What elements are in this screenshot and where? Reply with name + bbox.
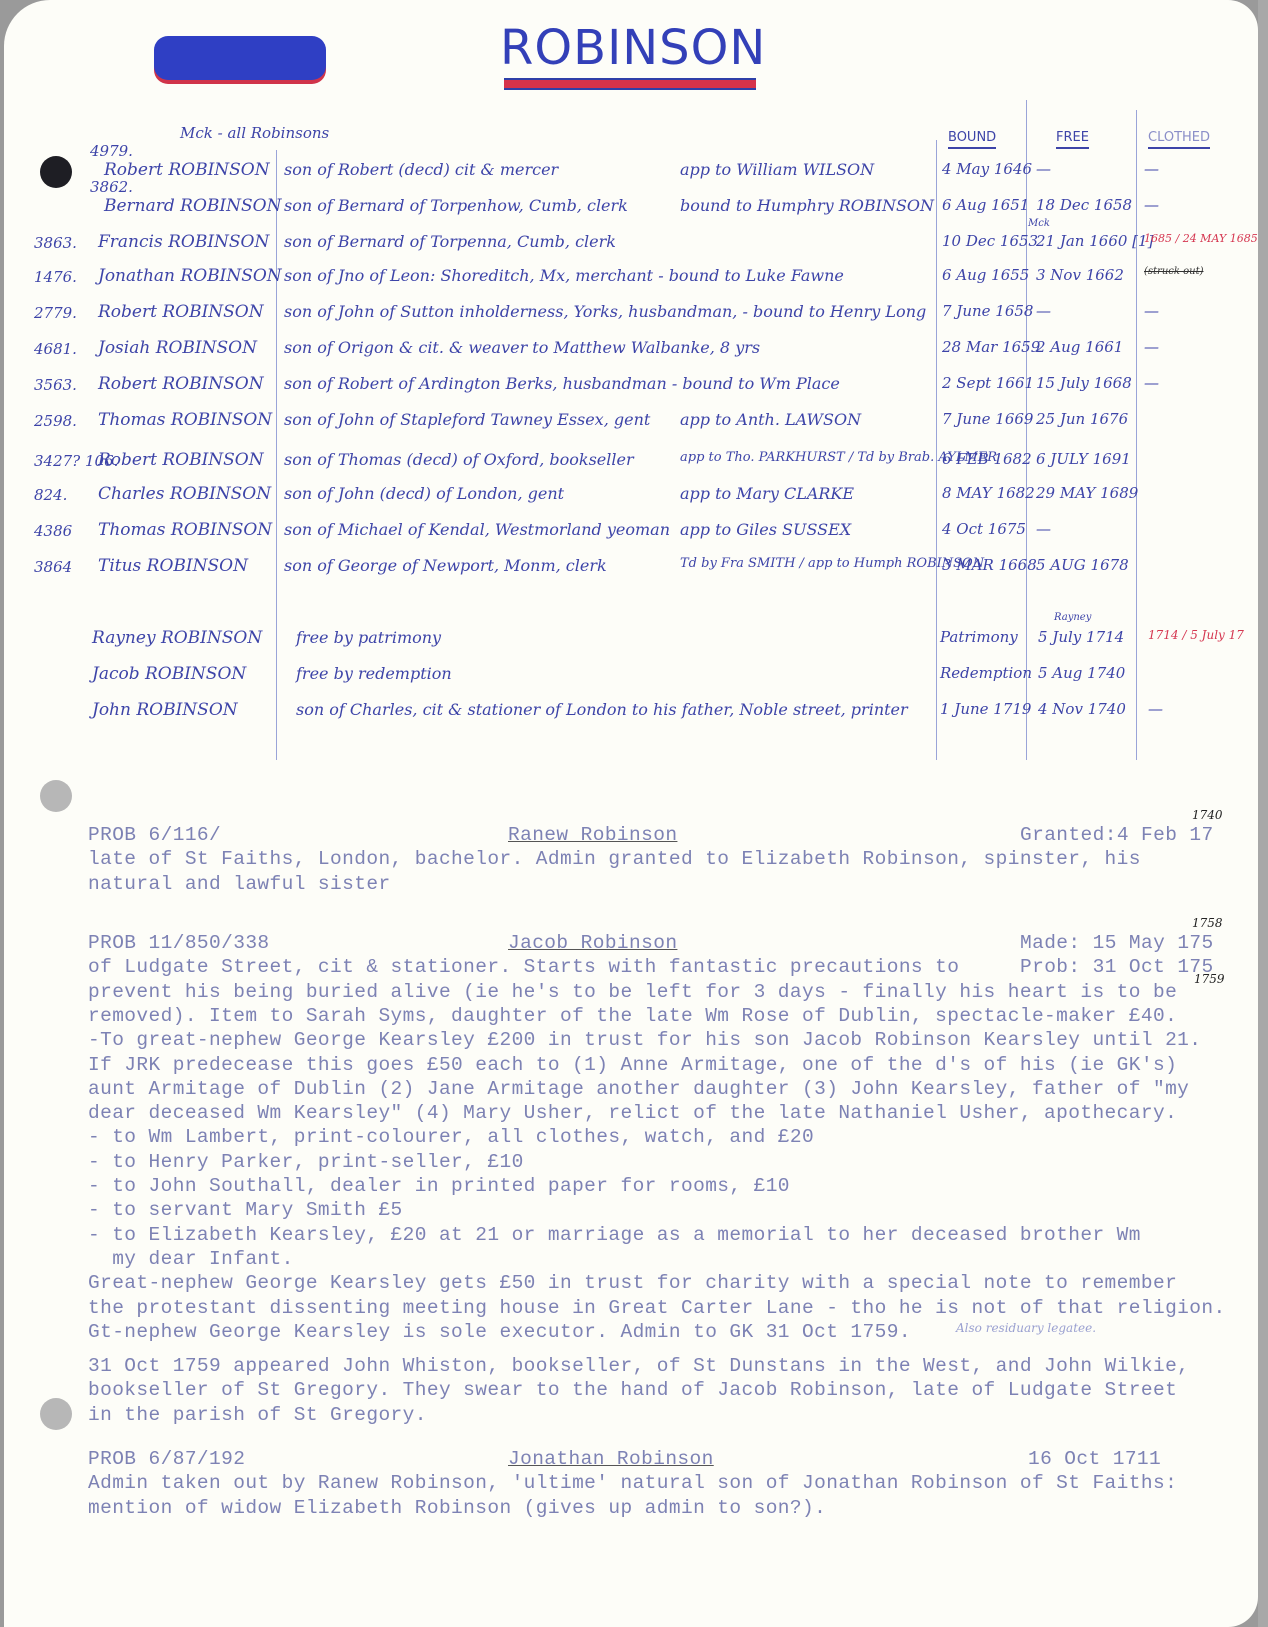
entry-description: free by redemption — [296, 664, 452, 683]
entry-bound-date: 2 Sept 1661 — [942, 374, 1034, 392]
entry-bound-date: 10 Dec 1653 — [942, 232, 1038, 250]
entry-clothed-date: — — [1144, 196, 1159, 214]
entry-name: Thomas ROBINSON — [98, 520, 272, 540]
entry-bound-date: 4 Oct 1675 — [942, 520, 1026, 538]
probate-text-line: Great-nephew George Kearsley gets £50 in… — [88, 1272, 1177, 1294]
probate-date: Made: 15 May 175 — [1020, 932, 1214, 954]
column-header-bound: BOUND — [948, 130, 996, 149]
entry-free-date: 4 Nov 1740 — [1038, 700, 1126, 718]
punch-hole — [40, 1398, 72, 1430]
probate-text-line: - to Wm Lambert, print-colourer, all clo… — [88, 1126, 814, 1148]
annotation-top: Mck - all Robinsons — [180, 124, 329, 142]
entry-name: Robert ROBINSON — [98, 450, 264, 470]
register-row: 3563.Robert ROBINSONson of Robert of Ard… — [4, 374, 1258, 410]
entry-name: Josiah ROBINSON — [98, 338, 257, 358]
probate-text-line: - to John Southall, dealer in printed pa… — [88, 1175, 790, 1197]
entry-free-note: Mck — [1028, 218, 1050, 229]
probate-text-line: bookseller of St Gregory. They swear to … — [88, 1379, 1177, 1401]
entry-description: son of John (decd) of London, gent — [284, 484, 564, 503]
register-row: 4979.Robert ROBINSONson of Robert (decd)… — [4, 160, 1258, 196]
entry-free-date: 5 July 1714 — [1038, 628, 1124, 646]
entry-free-date: 5 AUG 1678 — [1036, 556, 1129, 574]
entry-master: app to Mary CLARKE — [680, 484, 854, 503]
probate-date-2: Prob: 31 Oct 175 — [1020, 956, 1214, 978]
register-row: 3862.Bernard ROBINSONson of Bernard of T… — [4, 196, 1258, 232]
register-row: Jacob ROBINSONfree by redemptionRedempti… — [4, 664, 1258, 700]
probate-date-annotation: 1758 — [1192, 916, 1223, 930]
probate-text-line: aunt Armitage of Dublin (2) Jane Armitag… — [88, 1078, 1189, 1100]
entry-free-date: 18 Dec 1658 — [1036, 196, 1132, 214]
entry-clothed-date: — — [1144, 160, 1159, 178]
entry-number: 4979. — [90, 142, 133, 160]
register-row: 4681.Josiah ROBINSONson of Origon & cit.… — [4, 338, 1258, 374]
entry-name: Titus ROBINSON — [98, 556, 248, 576]
entry-free-date: — — [1036, 302, 1051, 320]
register-row: 2598.Thomas ROBINSONson of John of Stapl… — [4, 410, 1258, 446]
entry-number: 2598. — [34, 412, 77, 430]
probate-reference: PROB 6/116/ — [88, 824, 221, 846]
entry-bound-date: 6 Aug 1651 — [942, 196, 1029, 214]
entry-description: free by patrimony — [296, 628, 441, 647]
entry-clothed-date: 1685 / 24 MAY 1685 — [1144, 232, 1258, 245]
entry-free-date: 2 Aug 1661 — [1036, 338, 1123, 356]
register-row: 824.Charles ROBINSONson of John (decd) o… — [4, 484, 1258, 520]
entry-name: Thomas ROBINSON — [98, 410, 272, 430]
entry-description: son of George of Newport, Monm, clerk — [284, 556, 607, 575]
entry-name: John ROBINSON — [92, 700, 238, 720]
entry-description: son of John of Sutton inholderness, York… — [284, 302, 926, 321]
entry-number: 3864 — [34, 558, 72, 576]
column-header-clothed: CLOTHED — [1148, 130, 1210, 149]
entry-name: Francis ROBINSON — [98, 232, 269, 252]
entry-bound-date: 6 FEB 1682 — [942, 450, 1032, 468]
probate-text-line: prevent his being buried alive (ie he's … — [88, 981, 1177, 1003]
probate-text-line: mention of widow Elizabeth Robinson (giv… — [88, 1497, 826, 1519]
entry-free-date: 21 Jan 1660 [1] — [1036, 232, 1153, 250]
register-row: 1476.Jonathan ROBINSONson of Jno of Leon… — [4, 266, 1258, 302]
entry-clothed-date: (struck out) — [1144, 266, 1204, 277]
entry-free-date: 3 Nov 1662 — [1036, 266, 1124, 284]
probate-text-line: removed). Item to Sarah Syms, daughter o… — [88, 1005, 1177, 1027]
probate-text-line: dear deceased Wm Kearsley" (4) Mary Ushe… — [88, 1102, 1177, 1124]
probate-text-line: late of St Faiths, London, bachelor. Adm… — [88, 848, 1141, 870]
entry-description: son of Bernard of Torpenhow, Cumb, clerk — [284, 196, 628, 215]
entry-free-date: 25 Jun 1676 — [1036, 410, 1128, 428]
entry-description: son of Robert of Ardington Berks, husban… — [284, 374, 840, 393]
probate-text-line: my dear Infant. — [88, 1248, 294, 1270]
entry-name: Robert ROBINSON — [98, 302, 264, 322]
entry-name: Jacob ROBINSON — [92, 664, 246, 684]
register-row: 3427? 106.Robert ROBINSONson of Thomas (… — [4, 450, 1258, 486]
entry-master: Td by Fra SMITH / app to Humph ROBINSON — [680, 556, 984, 571]
entry-number: 4386 — [34, 522, 72, 540]
register-row: 4386Thomas ROBINSONson of Michael of Ken… — [4, 520, 1258, 556]
entry-free-date: — — [1036, 160, 1051, 178]
redacted-label — [154, 36, 326, 80]
entry-bound-date: 4 May 1646 — [942, 160, 1032, 178]
entry-number: 3863. — [34, 234, 77, 252]
entry-description: son of Michael of Kendal, Westmorland ye… — [284, 520, 670, 539]
probate-text-line: - to servant Mary Smith £5 — [88, 1199, 403, 1221]
entry-name: Rayney ROBINSON — [92, 628, 262, 648]
entry-master: app to William WILSON — [680, 160, 874, 179]
probate-text-line: of Ludgate Street, cit & stationer. Star… — [88, 956, 959, 978]
entry-clothed-date: — — [1148, 700, 1163, 718]
entry-description: son of Charles, cit & stationer of Londo… — [296, 700, 908, 719]
entry-number: 824. — [34, 486, 67, 504]
entry-number: 1476. — [34, 268, 77, 286]
entry-free-note: Rayney — [1054, 612, 1091, 623]
probate-text-line: 31 Oct 1759 appeared John Whiston, books… — [88, 1355, 1189, 1377]
entry-bound-date: Patrimony — [940, 628, 1018, 646]
entry-description: son of Robert (decd) cit & mercer — [284, 160, 558, 179]
entry-master: app to Giles SUSSEX — [680, 520, 851, 539]
probate-date: Granted:4 Feb 17 — [1020, 824, 1214, 846]
probate-text-line: If JRK predecease this goes £50 each to … — [88, 1054, 1177, 1076]
entry-description: son of Thomas (decd) of Oxford, booksell… — [284, 450, 634, 469]
probate-reference: PROB 11/850/338 — [88, 932, 270, 954]
entry-free-date: — — [1036, 520, 1051, 538]
probate-text-line: natural and lawful sister — [88, 873, 391, 895]
document-page: ROBINSON Mck - all Robinsons BOUND FREE … — [4, 0, 1258, 1627]
entry-description: son of Jno of Leon: Shoreditch, Mx, merc… — [284, 266, 844, 285]
probate-date-annotation: 1759 — [1194, 972, 1225, 986]
entry-description: son of Origon & cit. & weaver to Matthew… — [284, 338, 760, 357]
entry-name: Charles ROBINSON — [98, 484, 271, 504]
entry-clothed-date: — — [1144, 374, 1159, 392]
entry-free-date: 6 JULY 1691 — [1036, 450, 1131, 468]
entry-clothed-date: — — [1144, 338, 1159, 356]
entry-name: Bernard ROBINSON — [104, 196, 281, 216]
entry-number: 4681. — [34, 340, 77, 358]
register-row: Rayney ROBINSONfree by patrimonyPatrimon… — [4, 628, 1258, 664]
entry-name: Jonathan ROBINSON — [98, 266, 282, 286]
register-row: 2779.Robert ROBINSONson of John of Sutto… — [4, 302, 1258, 338]
column-header-free: FREE — [1056, 130, 1089, 149]
probate-text-line: Admin taken out by Ranew Robinson, 'ulti… — [88, 1472, 1177, 1494]
entry-bound-date: 7 June 1658 — [942, 302, 1033, 320]
entry-free-date: 29 MAY 1689 — [1036, 484, 1138, 502]
probate-reference: PROB 6/87/192 — [88, 1448, 245, 1470]
entry-free-date: 15 July 1668 — [1036, 374, 1132, 392]
entry-bound-date: 3 MAR 1668 — [942, 556, 1037, 574]
register-row: 3864Titus ROBINSONson of George of Newpo… — [4, 556, 1258, 592]
entry-description: son of John of Stapleford Tawney Essex, … — [284, 410, 650, 429]
entry-name: Robert ROBINSON — [104, 160, 270, 180]
entry-master: bound to Humphry ROBINSON — [680, 196, 934, 215]
entry-name: Robert ROBINSON — [98, 374, 264, 394]
entry-bound-date: 8 MAY 1682 — [942, 484, 1035, 502]
entry-bound-date: 6 Aug 1655 — [942, 266, 1029, 284]
probate-date: 16 Oct 1711 — [1028, 1448, 1161, 1470]
probate-subject: Ranew Robinson — [508, 824, 677, 846]
probate-subject: Jacob Robinson — [508, 932, 677, 954]
scan-edge — [1258, 0, 1268, 1627]
entry-bound-date: 28 Mar 1659 — [942, 338, 1040, 356]
entry-bound-date: 1 June 1719 — [940, 700, 1031, 718]
punch-hole — [40, 780, 72, 812]
entry-number: 3862. — [90, 178, 133, 196]
entry-bound-date: 7 June 1669 — [942, 410, 1033, 428]
probate-text-line: -To great-nephew George Kearsley £200 in… — [88, 1029, 1201, 1051]
entry-free-date: 5 Aug 1740 — [1038, 664, 1125, 682]
probate-date-annotation: 1740 — [1192, 808, 1223, 822]
entry-number: 3563. — [34, 376, 77, 394]
entry-master: app to Anth. LAWSON — [680, 410, 861, 429]
probate-text-line: in the parish of St Gregory. — [88, 1404, 427, 1426]
probate-text-line: - to Elizabeth Kearsley, £20 at 21 or ma… — [88, 1224, 1141, 1246]
probate-subject: Jonathan Robinson — [508, 1448, 714, 1470]
register-row: John ROBINSONson of Charles, cit & stati… — [4, 700, 1258, 736]
probate-text-line: the protestant dissenting meeting house … — [88, 1297, 1226, 1319]
entry-description: son of Bernard of Torpenna, Cumb, clerk — [284, 232, 616, 251]
handwritten-addition: Also residuary legatee. — [956, 1321, 1096, 1335]
probate-text-line: Gt-nephew George Kearsley is sole execut… — [88, 1321, 911, 1343]
register-row: 3863.Francis ROBINSONson of Bernard of T… — [4, 232, 1258, 268]
entry-clothed-date: — — [1144, 302, 1159, 320]
probate-text-line: - to Henry Parker, print-seller, £10 — [88, 1151, 524, 1173]
page-title: ROBINSON — [500, 20, 766, 76]
title-underline — [504, 78, 756, 90]
entry-bound-date: Redemption — [940, 664, 1032, 682]
entry-number: 2779. — [34, 304, 77, 322]
entry-clothed-date: 1714 / 5 July 17 — [1148, 628, 1244, 642]
